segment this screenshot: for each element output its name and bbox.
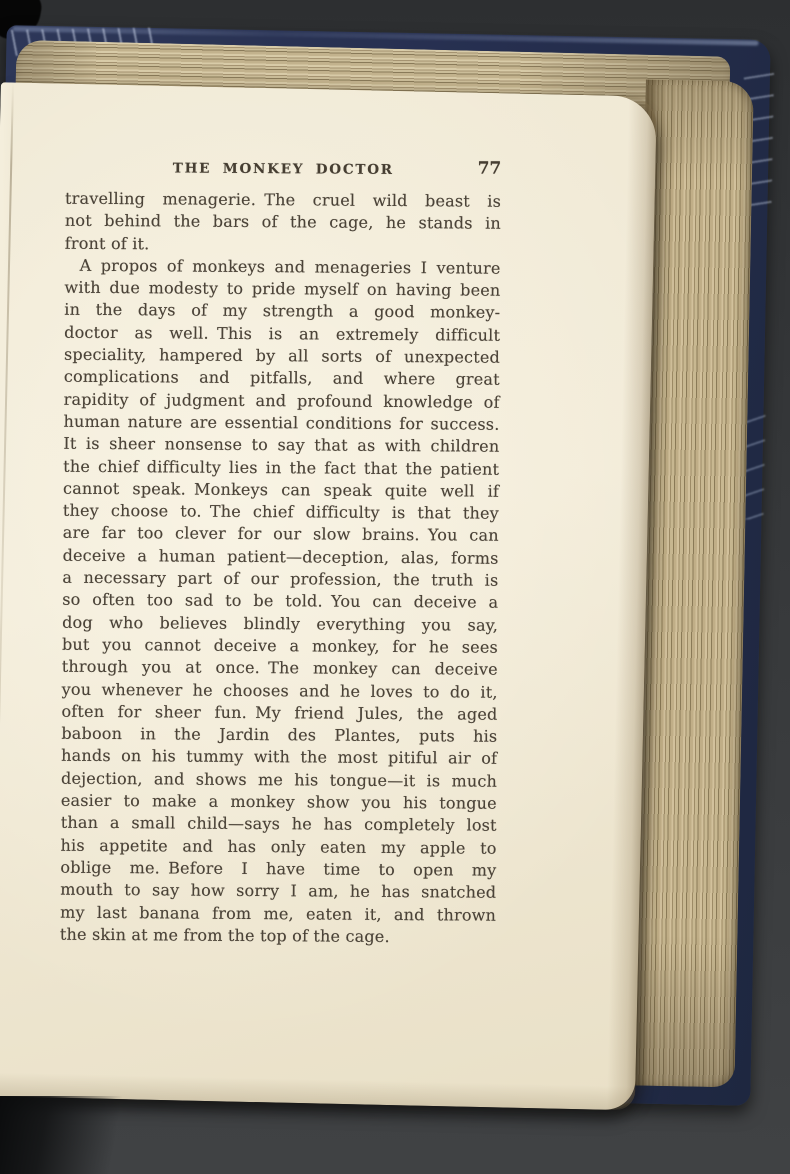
text-line: but you cannot deceive a monkey, for he … xyxy=(62,634,498,659)
shadow-bottom-left xyxy=(0,1096,150,1174)
text-line: cannot speak. Monkeys can speak quite we… xyxy=(63,478,499,503)
page-number: 77 xyxy=(478,159,502,179)
text-line: It is sheer nonsense to say that as with… xyxy=(63,433,499,458)
text-line: hands on his tummy with the most pitiful… xyxy=(61,745,497,770)
text-line: baboon in the Jardin des Plantes, puts h… xyxy=(61,723,497,748)
text-line: front of it. xyxy=(65,232,501,257)
text-line: doctor as well. This is an extremely dif… xyxy=(64,321,500,346)
text-line: in the days of my strength a good monkey… xyxy=(64,299,500,324)
text-line: mouth to say how sorry I am, he has snat… xyxy=(60,879,496,904)
text-line: not behind the bars of the cage, he stan… xyxy=(65,210,501,235)
body-text: travelling menagerie. The cruel wild bea… xyxy=(60,188,501,949)
text-line: easier to make a monkey show you his ton… xyxy=(61,790,497,815)
page-header: THE MONKEY DOCTOR 77 xyxy=(65,158,501,185)
text-line: his appetite and has only eaten my apple… xyxy=(60,834,496,859)
text-line: the skin at me from the top of the cage. xyxy=(60,923,496,948)
text-line: than a small child—says he has completel… xyxy=(61,812,497,837)
scan-background: THE MONKEY DOCTOR 77 travelling menageri… xyxy=(0,0,790,1174)
text-line: complications and pitfalls, and where gr… xyxy=(64,366,500,391)
page-text-block: THE MONKEY DOCTOR 77 travelling menageri… xyxy=(60,158,501,949)
text-line: rapidity of judgment and profound knowle… xyxy=(64,388,500,413)
text-line: my last banana from me, eaten it, and th… xyxy=(60,901,496,926)
text-line: human nature are essential conditions fo… xyxy=(63,411,499,436)
text-line: oblige me. Before I have time to open my xyxy=(60,857,496,882)
text-line: they choose to. The chief difficulty is … xyxy=(63,500,499,525)
text-line: dejection, and shows me his tongue—it is… xyxy=(61,767,497,792)
text-line: speciality, hampered by all sorts of une… xyxy=(64,344,500,369)
text-line: often for sheer fun. My friend Jules, th… xyxy=(61,701,497,726)
text-line: travelling menagerie. The cruel wild bea… xyxy=(65,188,501,213)
text-line: so often too sad to be told. You can dec… xyxy=(62,589,498,614)
page-crease-left xyxy=(0,83,14,1097)
book: THE MONKEY DOCTOR 77 travelling menageri… xyxy=(0,25,771,1105)
text-line: a necessary part of our profession, the … xyxy=(62,567,498,592)
text-line: dog who believes blindly everything you … xyxy=(62,611,498,636)
text-line: through you at once. The monkey can dece… xyxy=(62,656,498,681)
text-line: you whenever he chooses and he loves to … xyxy=(62,678,498,703)
text-line: with due modesty to pride myself on havi… xyxy=(64,277,500,302)
running-head-title: THE MONKEY DOCTOR xyxy=(173,160,394,178)
text-line: A propos of monkeys and menageries I ven… xyxy=(65,255,501,280)
text-line: are far too clever for our slow brains. … xyxy=(63,522,499,547)
book-page: THE MONKEY DOCTOR 77 travelling menageri… xyxy=(0,82,657,1110)
text-line: deceive a human patient—deception, alas,… xyxy=(63,544,499,569)
text-line: the chief difficulty lies in the fact th… xyxy=(63,455,499,480)
